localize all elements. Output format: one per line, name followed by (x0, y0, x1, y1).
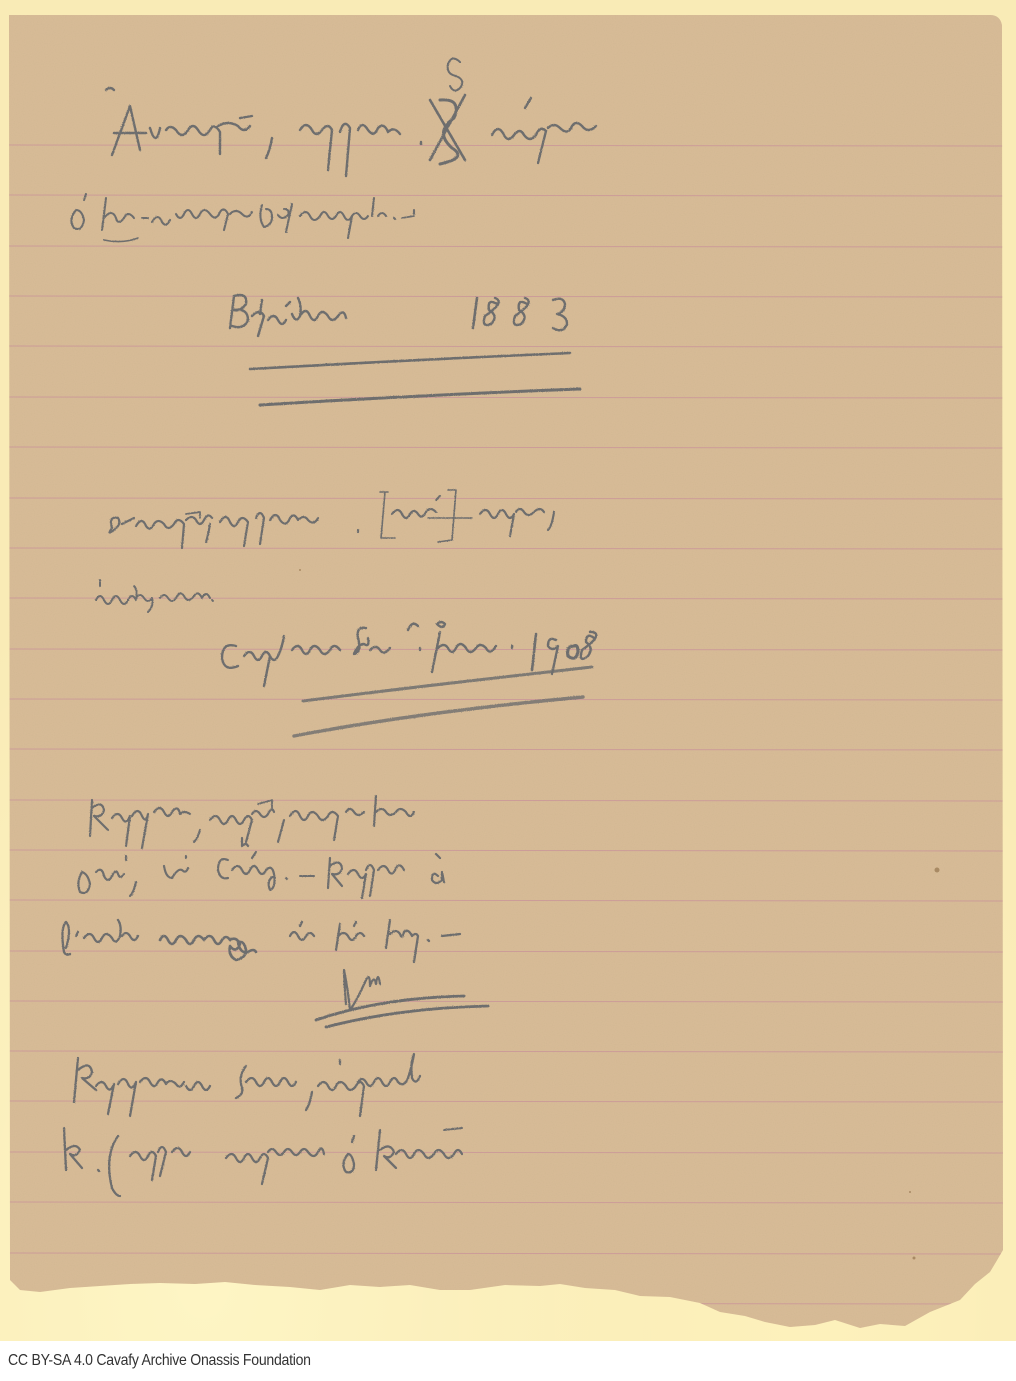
license-credit: CC BY-SA 4.0 Cavafy Archive Onassis Foun… (8, 1352, 311, 1370)
footer: CC BY-SA 4.0 Cavafy Archive Onassis Foun… (0, 1341, 1016, 1381)
manuscript-scan: Ἀναχωρῶ, rappeler, [S] γενόταμαι ὁ κυ- ἀ… (0, 0, 1016, 1341)
paper-sheet (0, 0, 1016, 1341)
